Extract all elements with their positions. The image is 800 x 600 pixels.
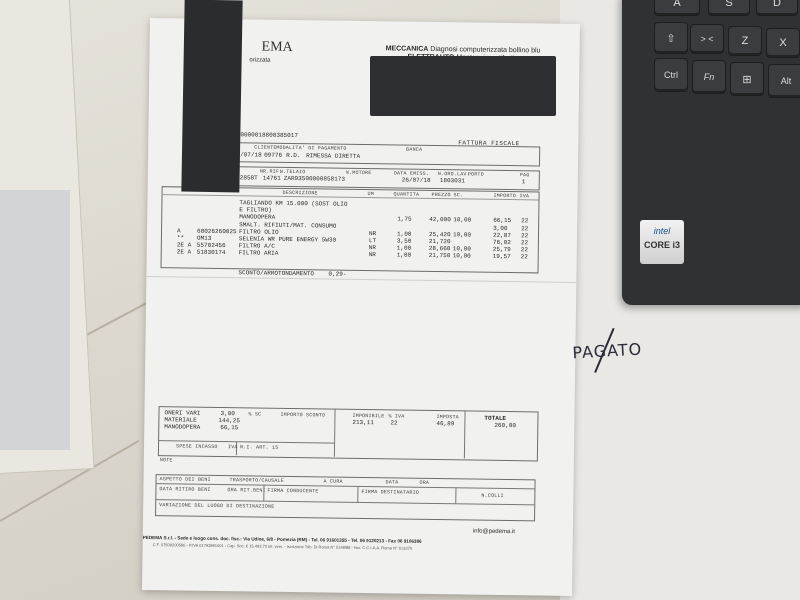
- cell-um: NR: [369, 244, 376, 251]
- cell-iva: 22: [521, 218, 528, 225]
- doc-number: 0000018800385017: [240, 131, 298, 139]
- cell-price: 25,420: [429, 231, 451, 238]
- cell-um: LT: [369, 237, 376, 244]
- cell-flag: **: [177, 234, 184, 241]
- cell-price: 21,750: [429, 252, 451, 259]
- key-shift[interactable]: ⇧: [654, 22, 688, 54]
- cell-flag: A: [177, 227, 181, 234]
- label-banca: BANCA: [406, 147, 422, 153]
- plate-number: 2858T: [240, 174, 258, 181]
- cell-um: NR: [369, 251, 376, 258]
- cell-amount: 19,57: [493, 253, 511, 260]
- cell-amount: 66,15: [493, 217, 511, 224]
- cell-qty: 1,00: [397, 252, 412, 259]
- payment-desc: RIMESSA DIRETTA: [306, 152, 360, 160]
- cell-code: 51830174: [197, 249, 226, 256]
- column-header: DESCRIZIONE: [283, 190, 318, 196]
- redacted-area: [370, 56, 556, 116]
- cell-price: 28,660: [429, 245, 451, 252]
- cell-flag: 2E A: [177, 249, 192, 256]
- key-ctrl[interactable]: Ctrl: [654, 58, 688, 92]
- key-d[interactable]: D: [756, 0, 798, 16]
- art-label: N.I. ART. 15: [240, 444, 278, 451]
- issue-date: 26/07/18: [402, 177, 431, 184]
- brand-subtitle: orizzata: [249, 57, 270, 63]
- cell-um: NR: [369, 230, 376, 237]
- cell-iva: 22: [521, 254, 528, 261]
- footer-email: info@pedema.it: [473, 529, 515, 536]
- totals-box: [158, 406, 539, 461]
- cell-iva: 22: [521, 239, 528, 246]
- key-s[interactable]: S: [708, 0, 750, 16]
- column-header: IMPORTO: [494, 193, 516, 199]
- discount-value: 0,29-: [328, 271, 346, 278]
- ora-ritiro-label: ORA RIT.BENI: [227, 487, 265, 494]
- transport-box: [155, 474, 536, 521]
- column-header: SC.: [454, 192, 464, 198]
- firma-conducente-label: FIRMA CONDUCENTE: [267, 488, 318, 495]
- cell-qty: 3,50: [397, 237, 412, 244]
- sc-label: % SC: [248, 411, 261, 417]
- label-modalita: MODALITA' DI PAGAMENTO: [276, 145, 346, 152]
- trasporto-label: TRASPORTO/CAUSALE: [230, 477, 285, 484]
- cell-sc: 10,00: [453, 245, 471, 252]
- manodopera-label: MANODOPERA: [164, 423, 200, 431]
- label-porto: PORTO: [468, 171, 484, 177]
- key-x[interactable]: X: [766, 28, 800, 58]
- footer-legal-line: C.F. 07509200586 - P.IVA 01793891001 - C…: [153, 542, 412, 551]
- column-header: IVA: [520, 193, 530, 199]
- imposta-value: 46,89: [436, 420, 454, 427]
- cell-amount: 76,02: [493, 239, 511, 246]
- key-fn[interactable]: Fn: [692, 60, 726, 94]
- key-a[interactable]: A: [654, 0, 700, 16]
- cell-amount: 22,87: [493, 232, 511, 239]
- side-document-form: [0, 190, 70, 450]
- cell-sc: 10,00: [453, 253, 471, 260]
- transport-divider: [455, 487, 456, 503]
- n-colli-label: N.COLLI: [481, 493, 503, 499]
- cell-sc: 10,00: [453, 217, 471, 224]
- data-label: DATA: [385, 479, 398, 485]
- cell-qty: 1,75: [397, 216, 412, 223]
- cell-sc: 10,00: [453, 231, 471, 238]
- cell-flag: 2E A: [177, 242, 192, 249]
- invoice-date-short: /07/18: [240, 151, 262, 158]
- column-header: QUANTITA: [394, 191, 420, 197]
- page-number: 1: [522, 178, 526, 185]
- iva-label: IVA: [228, 444, 238, 450]
- cell-iva: 22: [521, 225, 528, 232]
- payment-code: R.D.: [286, 152, 301, 159]
- key-alt[interactable]: Alt: [768, 64, 800, 98]
- client-code: 09776: [264, 152, 282, 159]
- ref-number: 14761: [263, 175, 281, 182]
- key-z[interactable]: Z: [728, 26, 762, 56]
- cell-iva: 22: [521, 232, 528, 239]
- cell-iva: 22: [521, 246, 528, 253]
- fold-line: [146, 276, 576, 283]
- spese-incasso-label: SPESE INCASSO: [176, 443, 218, 450]
- data-ritiro-label: DATA RITIRO BENI: [159, 486, 210, 493]
- column-header: PREZZO: [432, 192, 451, 198]
- key-angle-brackets[interactable]: > <: [690, 24, 724, 54]
- label-motore: N.MOTORE: [346, 170, 372, 176]
- importo-sconto-label: IMPORTO SCONTO: [280, 412, 325, 419]
- cell-price: 21,720: [429, 238, 451, 245]
- services-mechanic: MECCANICA: [386, 45, 429, 53]
- a-cura-label: A CURA: [324, 478, 343, 484]
- intel-model: CORE i3: [640, 240, 684, 250]
- note-label: NOTE: [160, 457, 173, 463]
- iva-pct-value: 22: [390, 419, 397, 426]
- cell-desc: FILTRO ARIA: [239, 250, 279, 258]
- aspetto-label: ASPETTO DEI BENI: [160, 476, 211, 483]
- brand-logo: EMA: [261, 40, 292, 56]
- column-header: UM: [368, 191, 374, 197]
- imponibile-value: 213,11: [352, 419, 374, 426]
- intel-logo: intel: [640, 226, 684, 236]
- cell-amount: 25,79: [493, 246, 511, 253]
- key-windows[interactable]: ⊞: [730, 62, 764, 96]
- manodopera-value: 66,15: [220, 424, 238, 431]
- intel-sticker: intel CORE i3: [640, 220, 684, 264]
- cell-code: OM13: [197, 235, 212, 242]
- ora-label: ORA: [419, 480, 429, 486]
- transport-divider: [263, 485, 264, 501]
- label-cliente: CLIENTE: [254, 144, 276, 150]
- work-order-number: 1803031: [440, 177, 465, 184]
- totale-value: 260,00: [494, 422, 516, 429]
- cell-qty: 1,00: [397, 245, 412, 252]
- cell-amount: 3,00: [493, 224, 508, 231]
- firma-destinatario-label: FIRMA DESTINATARIO: [361, 489, 419, 496]
- vin-number: ZAR93500000858173: [284, 175, 345, 183]
- cell-price: 42,000: [429, 216, 451, 223]
- cell-qty: 1,00: [397, 230, 412, 237]
- discount-label: SCONTO/ARROTONDAMENTO: [238, 269, 314, 277]
- black-tape-strip: [181, 0, 242, 192]
